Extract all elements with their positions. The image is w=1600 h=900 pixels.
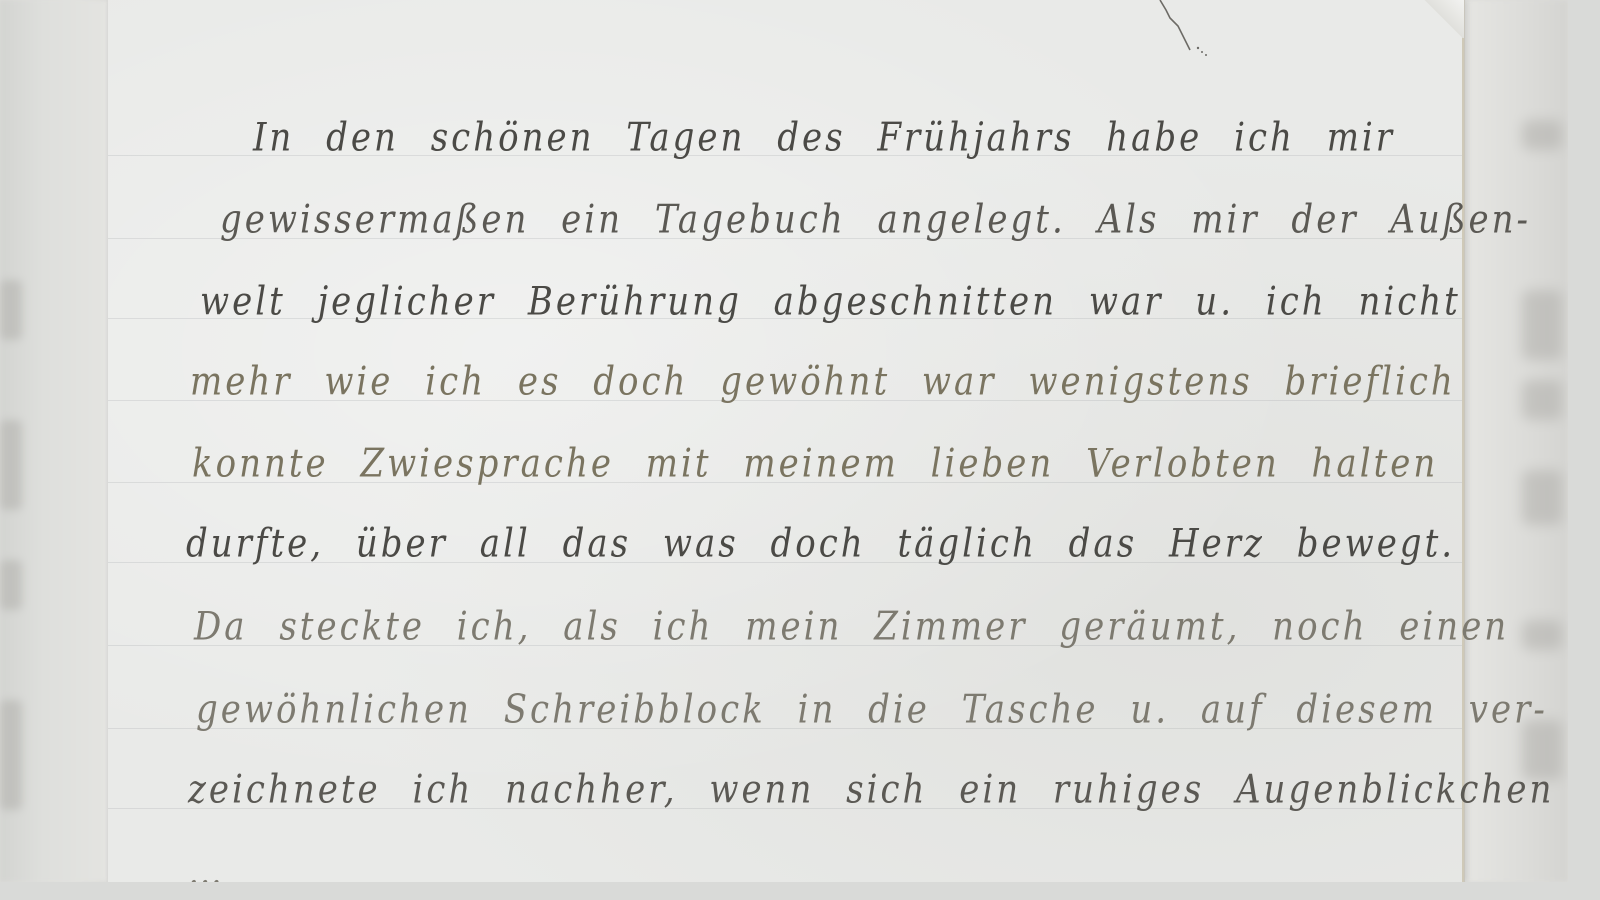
left-blurred-margin bbox=[0, 0, 108, 882]
paper-page: In den schönen Tagen des Frühjahrs habe … bbox=[108, 0, 1464, 882]
handwritten-line-7: Da steckte ich, als ich mein Zimmer gerä… bbox=[194, 604, 1509, 650]
right-blurred-margin bbox=[1462, 0, 1568, 882]
document-photo: In den schönen Tagen des Frühjahrs habe … bbox=[0, 0, 1568, 882]
handwritten-line-2: gewissermaßen ein Tagebuch angelegt. Als… bbox=[220, 197, 1531, 243]
handwritten-line-10: … bbox=[188, 849, 225, 882]
page-corner-fold bbox=[1424, 0, 1464, 38]
paper-crack-mark bbox=[1156, 0, 1216, 60]
handwritten-line-1: In den schönen Tagen des Frühjahrs habe … bbox=[253, 115, 1395, 161]
handwritten-line-5: konnte Zwiesprache mit meinem lieben Ver… bbox=[192, 441, 1438, 487]
handwritten-line-3: welt jeglicher Berührung abgeschnitten w… bbox=[200, 279, 1461, 325]
handwritten-line-6: durfte, über all das was doch täglich da… bbox=[186, 521, 1455, 567]
handwritten-line-8: gewöhnlichen Schreibblock in die Tasche … bbox=[196, 687, 1548, 733]
handwritten-line-4: mehr wie ich es doch gewöhnt war wenigst… bbox=[190, 359, 1456, 405]
handwritten-line-9: zeichnete ich nachher, wenn sich ein ruh… bbox=[188, 767, 1554, 813]
